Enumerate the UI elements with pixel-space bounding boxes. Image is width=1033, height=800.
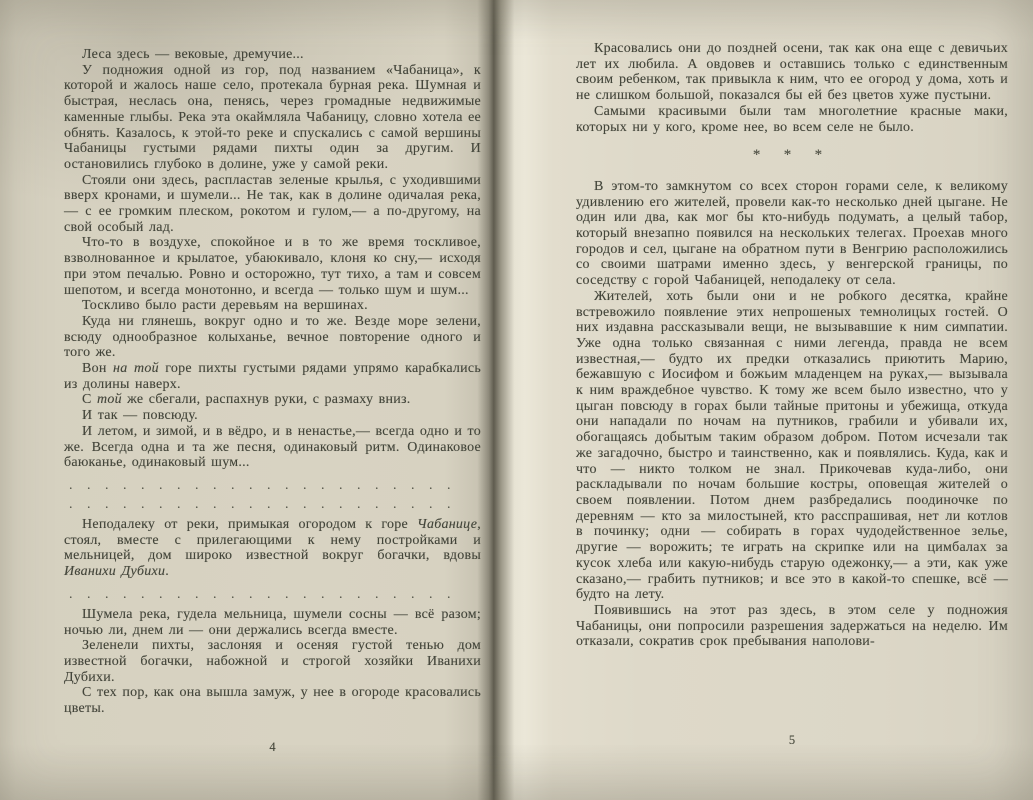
body-text: же сбегали, распахнув руки, с размаху вн… — [122, 392, 411, 407]
body-text: Что-то в воздухе, спокойное и в то же вр… — [64, 235, 481, 297]
body-text: Тоскливо было расти деревьям на вершинах… — [82, 298, 368, 313]
paragraph: У подножия одной из гор, под названием «… — [64, 63, 481, 173]
body-text: Леса здесь — вековые, дремучие... — [82, 47, 304, 62]
body-text: С тех пор, как она вышла замуж, у нее в … — [64, 685, 481, 716]
body-text: Стояли они здесь, распластав зеленые кры… — [64, 173, 481, 235]
page-left-text: Леса здесь — вековые, дремучие...У подно… — [64, 47, 481, 717]
paragraph: С тех пор, как она вышла замуж, у нее в … — [64, 685, 481, 716]
body-text: Появившись на этот раз здесь, в этом сел… — [576, 603, 1008, 649]
body-text: У подножия одной из гор, под названием «… — [64, 63, 481, 172]
paragraph: Неподалеку от реки, примыкая огородом к … — [64, 517, 481, 580]
page-number-right: 5 — [576, 733, 1008, 748]
paragraph: Куда ни глянешь, вокруг одно и то же. Ве… — [64, 314, 481, 361]
paragraph: И летом, и зимой, и в вёдро, и в ненасть… — [64, 424, 481, 471]
body-text: С — [82, 392, 97, 407]
paragraph: С той же сбегали, распахнув руки, с разм… — [64, 392, 481, 408]
body-text: Вон — [82, 361, 113, 376]
page-number-left: 4 — [64, 740, 481, 755]
body-text: Самыми красивыми были там многолетние кр… — [576, 104, 1008, 135]
paragraph: В этом-то замкнутом со всех сторон горам… — [576, 179, 1008, 289]
dotted-separator: ...................... — [64, 585, 481, 604]
body-text: . — [165, 564, 169, 579]
paragraph: Вон на той горе пихты густыми рядами упр… — [64, 361, 481, 392]
body-text: Неподалеку от реки, примыкая огородом к … — [82, 517, 417, 532]
paragraph: Красовались они до поздней осени, так ка… — [576, 41, 1008, 104]
dotted-separator: ...................... — [64, 476, 481, 495]
paragraph: Зеленели пихты, заслоняя и осеняя густой… — [64, 638, 481, 685]
paragraph: Стояли они здесь, распластав зеленые кры… — [64, 173, 481, 236]
paragraph: И так — повсюду. — [64, 408, 481, 424]
body-text: Зеленели пихты, заслоняя и осеняя густой… — [64, 638, 481, 684]
paragraph: Что-то в воздухе, спокойное и в то же вр… — [64, 235, 481, 298]
paragraph: Тоскливо было расти деревьям на вершинах… — [64, 298, 481, 314]
paragraph: Появившись на этот раз здесь, в этом сел… — [576, 603, 1008, 650]
body-text: И летом, и зимой, и в вёдро, и в ненасть… — [64, 424, 481, 470]
section-separator: * * * — [576, 148, 1008, 164]
italic-text: Иванихи Дубихи — [64, 564, 165, 579]
paragraph: Шумела река, гудела мельница, шумели сос… — [64, 607, 481, 638]
body-text: В этом-то замкнутом со всех сторон горам… — [576, 179, 1008, 288]
italic-text: на той — [113, 361, 159, 376]
dotted-separator: ...................... — [64, 495, 481, 514]
body-text: И так — повсюду. — [82, 408, 198, 423]
book-spread: Леса здесь — вековые, дремучие...У подно… — [0, 0, 1033, 800]
italic-text: той — [97, 392, 122, 407]
italic-text: Чабанице — [417, 517, 477, 532]
body-text: Шумела река, гудела мельница, шумели сос… — [64, 607, 481, 638]
body-text: Жителей, хоть были они и не робкого деся… — [576, 289, 1008, 602]
body-text: Куда ни глянешь, вокруг одно и то же. Ве… — [64, 314, 481, 360]
paragraph: Леса здесь — вековые, дремучие... — [64, 47, 481, 63]
paragraph: Самыми красивыми были там многолетние кр… — [576, 104, 1008, 135]
page-right-text: Красовались они до поздней осени, так ка… — [576, 41, 1008, 650]
body-text: Красовались они до поздней осени, так ка… — [576, 41, 1008, 103]
paragraph: Жителей, хоть были они и не робкого деся… — [576, 289, 1008, 603]
